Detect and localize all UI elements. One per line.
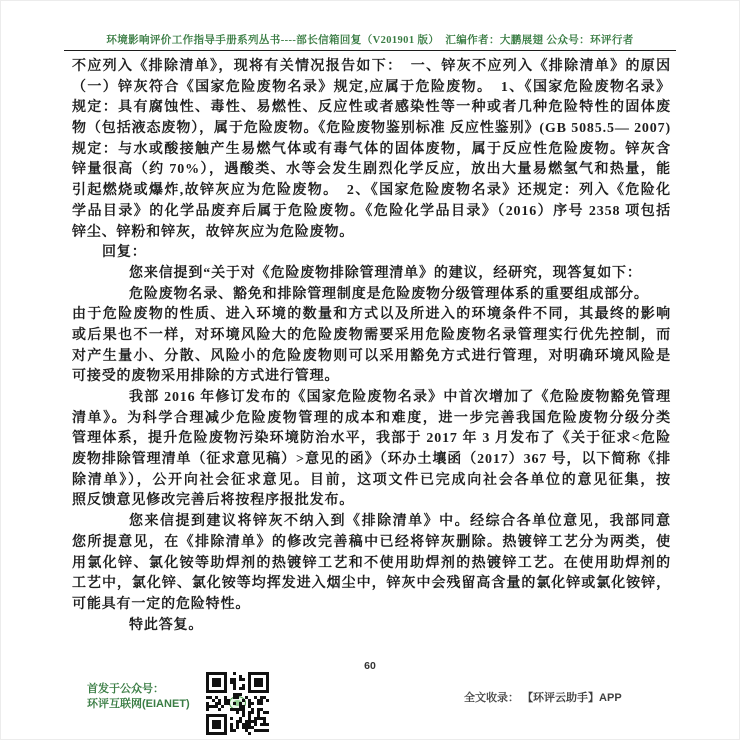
text-line: 用氯化锌、氯化铵等助焊剂的热镀锌工艺和不使用助焊剂的热镀锌工艺。在使用助焊剂的 xyxy=(72,554,671,575)
text-line: 工艺中，氯化锌、氯化铵等均挥发进入烟尘中，锌灰中会残留高含量的氯化锌或氯化铵锌， xyxy=(72,574,671,595)
text-line: 可接受的废物采用排除的方式进行管理。 xyxy=(72,367,671,388)
text-line: 对产生量小、分散、风险小的危险废物则可以采用豁免方式进行管理，对明确环境风险是 xyxy=(72,347,671,368)
publisher-note: 首发于公众号： 环评互联网(EIANET) xyxy=(87,682,190,712)
text-line: 您来信提到建议将锌灰不纳入到《排除清单》中。经综合各单位意见，我部同意 xyxy=(72,512,671,533)
text-line: 由于危险废物的性质、进入环境的数量和方式以及所进入的环境条件不同，其最终的影响 xyxy=(72,305,671,326)
publisher-line1: 首发于公众号： xyxy=(87,682,190,697)
text-line: 除清单》），公开向社会征求意见。目前，这项文件已完成向社会各单位的意见征集，按 xyxy=(72,471,671,492)
text-line: 或后果也不一样，对环境风险大的危险废物需要采用危险废物名录管理实行优先控制，而 xyxy=(72,326,671,347)
text-line: 我部 2016 年修订发布的《国家危险废物名录》中首次增加了《危险废物豁免管理 xyxy=(72,388,671,409)
text-line: 您所提意见，在《排除清单》的修改完善稿中已经将锌灰删除。热镀锌工艺分为两类，使 xyxy=(72,533,671,554)
text-line: 学品目录》的化学品废弃后属于危险废物。《危险化学品目录》（2016）序号 235… xyxy=(72,202,671,223)
header-divider xyxy=(64,50,676,51)
collection-note: 全文收录： 【环评云助手】APP xyxy=(464,689,622,705)
text-line: 引起燃烧或爆炸,故锌灰应为危险废物。 2、《国家危险废物名录》还规定：列入《危险… xyxy=(72,181,671,202)
collection-label: 全文收录： xyxy=(464,692,519,704)
text-line: 特此答复。 xyxy=(72,616,671,637)
text-line: 回复： xyxy=(72,243,671,264)
document-body: 不应列入《排除清单》，现将有关情况报告如下： 一、锌灰不应列入《排除清单》的原因… xyxy=(72,57,671,636)
qr-code xyxy=(206,672,269,735)
text-line: 废物排除管理清单（征求意见稿）>意见的函》（环办土壤函（2017）367 号，以… xyxy=(72,450,671,471)
text-line: 规定：与水或酸接触产生易燃气体或有毒气体的固体废物，属于反应性危险废物。锌灰含 xyxy=(72,140,671,161)
publisher-line2: 环评互联网(EIANET) xyxy=(87,697,190,712)
text-line: （一）锌灰符合《国家危险废物名录》规定,应属于危险废物。 1、《国家危险废物名录… xyxy=(72,78,671,99)
text-line: 照反馈意见修改完善后将按程序报批发布。 xyxy=(72,491,671,512)
text-line: 可能具有一定的危险特性。 xyxy=(72,595,671,616)
document-page: 环境影响评价工作指导手册系列丛书----部长信箱回复（V201901 版） 汇编… xyxy=(0,0,740,740)
text-line: 管理体系，提升危险废物污染环境防治水平，我部于 2017 年 3 月发布了《关于… xyxy=(72,429,671,450)
page-header: 环境影响评价工作指导手册系列丛书----部长信箱回复（V201901 版） 汇编… xyxy=(64,32,676,47)
text-line: 危险废物名录、豁免和排除管理制度是危险废物分级管理体系的重要组成部分。 xyxy=(72,285,671,306)
text-line: 规定：具有腐蚀性、毒性、易燃性、反应性或者感染性等一种或者几种危险特性的固体废 xyxy=(72,98,671,119)
text-line: 您来信提到“关于对《危险废物排除管理清单》的建议，经研究，现答复如下： xyxy=(72,264,671,285)
text-line: 清单》。为科学合理减少危险废物管理的成本和难度，进一步完善我国危险废物分级分类 xyxy=(72,409,671,430)
page-number: 60 xyxy=(1,660,739,672)
text-line: 物（包括液态废物），属于危险废物。《危险废物鉴别标准 反应性鉴别》(GB 508… xyxy=(72,119,671,140)
text-line: 不应列入《排除清单》，现将有关情况报告如下： 一、锌灰不应列入《排除清单》的原因 xyxy=(72,57,671,78)
collection-app: 【环评云助手】APP xyxy=(522,692,622,704)
text-line: 锌量很高（约 70%），遇酸类、水等会发生剧烈化学反应，放出大量易燃氢气和热量，… xyxy=(72,160,671,181)
text-line: 锌尘、锌粉和锌灰，故锌灰应为危险废物。 xyxy=(72,223,671,244)
